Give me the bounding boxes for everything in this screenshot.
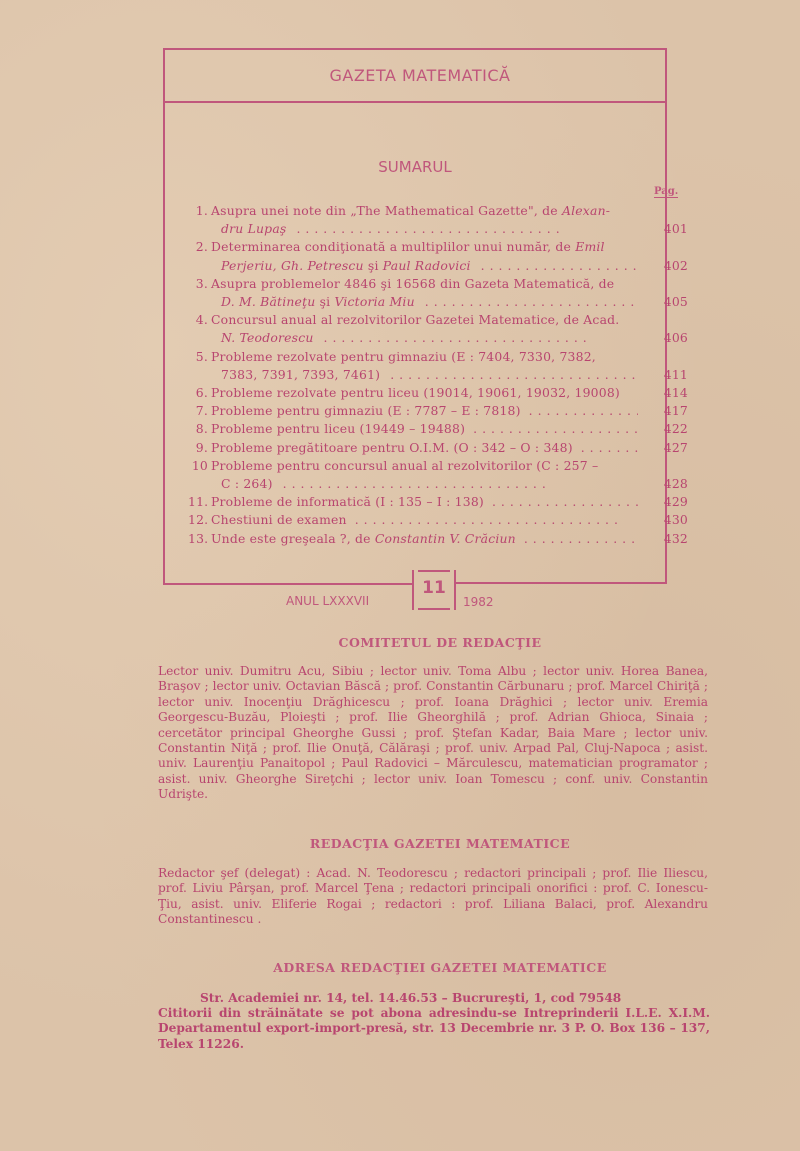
toc-page-number: 405 [648,293,688,311]
editorial-office-text: Redactor şef (delegat) : Acad. N. Teodor… [158,866,708,928]
editorial-committee-heading: COMITETUL DE REDACŢIE [150,635,730,650]
frame-rule-right [455,582,667,584]
toc-item[interactable]: 11. Probleme de informatică (I : 135 – I… [188,493,688,511]
toc-item[interactable]: 9. Probleme pregătitoare pentru O.I.M. (… [188,439,688,457]
toc-item[interactable]: 7. Probleme pentru gimnaziu (E : 7787 – … [188,402,688,420]
toc-item[interactable]: 5. Probleme rezolvate pentru gimnaziu (E… [188,348,688,384]
address-line: Str. Academiei nr. 14, tel. 14.46.53 – B… [200,991,621,1005]
toc-item[interactable]: 4. Concursul anual al rezolvitorilor Gaz… [188,311,688,347]
toc-item[interactable]: 6. Probleme rezolvate pentru liceu (1901… [188,384,688,402]
address-heading: ADRESA REDACŢIEI GAZETEI MATEMATICE [150,960,730,975]
toc-item[interactable]: 13. Unde este greşeala ?, de Constantin … [188,530,688,548]
page-column-label: Pag. [654,186,678,198]
table-of-contents: 1. Asupra unei note din „The Mathematica… [188,202,688,548]
toc-page-number: 414 [648,384,688,402]
issue-number: 11 [414,578,454,598]
toc-page-number: 401 [648,220,688,238]
toc-item[interactable]: 3. Asupra problemelor 4846 şi 16568 din … [188,275,688,311]
toc-item[interactable]: 8. Probleme pentru liceu (19449 – 19488)… [188,420,688,438]
toc-page-number: 406 [648,329,688,347]
toc-page-number: 422 [648,420,688,438]
toc-page-number: 427 [648,439,688,457]
editorial-committee-text: Lector univ. Dumitru Acu, Sibiu ; lector… [158,664,708,803]
foreign-subscription-text: Cititorii din străinătate se pot abona a… [158,1006,710,1052]
toc-item[interactable]: 12. Chestiuni de examen.................… [188,511,688,529]
toc-page-number: 432 [648,530,688,548]
magazine-page: GAZETA MATEMATICĂ SUMARUL Pag. 1. Asupra… [0,0,800,1151]
volume-label: ANUL LXXXVII [286,594,369,608]
masthead: GAZETA MATEMATICĂ [163,50,667,103]
toc-page-number: 402 [648,257,688,275]
magazine-title: GAZETA MATEMATICĂ [320,66,511,85]
toc-page-number: 430 [648,511,688,529]
editorial-office-heading: REDACŢIA GAZETEI MATEMATICE [150,836,730,851]
toc-page-number: 429 [648,493,688,511]
toc-page-number: 411 [648,366,688,384]
issue-year: 1982 [463,595,494,609]
issue-number-box: 11 [412,570,456,610]
frame-rule-left [163,583,412,585]
toc-item[interactable]: 10 Probleme pentru concursul anual al re… [188,457,688,493]
toc-item[interactable]: 2. Determinarea condiţionată a multiplil… [188,238,688,274]
toc-page-number: 428 [648,475,688,493]
toc-page-number: 417 [648,402,688,420]
toc-item[interactable]: 1. Asupra unei note din „The Mathematica… [188,202,688,238]
summary-title: SUMARUL [163,158,667,176]
